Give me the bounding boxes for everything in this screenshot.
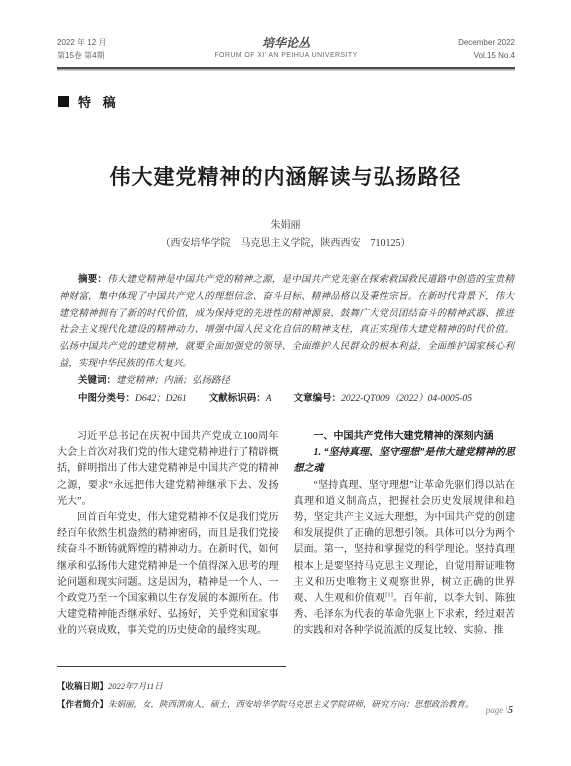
section-tag: 特 稿 [58,92,120,111]
paper-page: 2022 年 12 月 第15卷 第4期 培华论丛 FORUM OF XI' A… [0,0,571,766]
abstract-text: 伟大建党精神是中国共产党的精神之源，是中国共产党先驱在探索救国救民道路中创造的宝… [59,275,514,369]
keywords-value: 建党精神；内涵；弘扬路径 [116,376,230,386]
journal-title-block: 培华论丛 FORUM OF XI' AN PEIHUA UNIVERSITY [197,36,375,61]
page-number-value: 5 [508,705,513,716]
issue-date-cn: 2022 年 12 月 [57,36,197,49]
issue-date-en: December 2022 [375,36,515,49]
section-marker-icon [58,96,69,107]
doc-code-label: 文献标识码： [209,393,266,404]
section-tag-label: 特 稿 [78,92,120,111]
header-divider [57,67,515,69]
clc-line: 中图分类号：D642；D261文献标识码：A文章编号：2022-QT009（20… [59,391,514,408]
received-date-value: 2022年7月11日 [108,681,163,691]
author-affiliation: （西安培华学院 马克思主义学院，陕西西安 710125） [0,234,571,249]
article-title: 伟大建党精神的内涵解读与弘扬路径 [0,161,571,191]
footnotes: 【收稿日期】2022年7月11日 【作者简介】朱娟丽，女，陕西渭南人，硕士，西安… [57,678,515,713]
article-no-label: 文章编号： [294,393,342,404]
journal-name-en: FORUM OF XI' AN PEIHUA UNIVERSITY [197,50,375,61]
abstract-label: 摘要： [78,274,107,285]
doc-code-value: A [266,394,272,404]
body-paragraph: 习近平总书记在庆祝中国共产党成立100周年大会上首次对我们党的伟大建党精神进行了… [57,429,279,510]
issue-info-cn: 2022 年 12 月 第15卷 第4期 [57,36,197,62]
received-date-label: 【收稿日期】 [57,681,108,691]
left-column: 习近平总书记在庆祝中国共产党成立100周年大会上首次对我们党的伟大建党精神进行了… [57,429,279,640]
author-bio-line: 【作者简介】朱娟丽，女，陕西渭南人，硕士，西安培华学院马克思主义学院讲师，研究方… [57,696,515,714]
citation-ref: [1] [385,592,393,599]
right-column: 一、中国共产党伟大建党精神的深刻内涵 1. “坚持真理、坚守理想”是伟大建党精神… [294,429,516,640]
page-number-prefix: page \ [486,705,508,715]
received-date-line: 【收稿日期】2022年7月11日 [57,678,515,696]
clc-label: 中图分类号： [78,393,135,404]
section-heading: 一、中国共产党伟大建党精神的深刻内涵 [294,429,516,445]
author-bio-label: 【作者简介】 [57,699,108,709]
paragraph-text: “坚持真理、坚守理想”让革命先驱们得以站在真理和道义制高点，把握社会历史发展规律… [294,480,516,604]
page-number: page \5 [486,705,513,716]
issue-info-en: December 2022 Vol.15 No.4 [375,36,515,62]
issue-volume-cn: 第15卷 第4期 [57,49,197,62]
body-paragraph: 回首百年党史，伟大建党精神不仅是我们党历经百年依然生机盎然的精神密码，而且是我们… [57,510,279,640]
issue-volume-en: Vol.15 No.4 [375,49,515,62]
article-no-value: 2022-QT009（2022）04-0005-05 [341,394,472,404]
journal-header: 2022 年 12 月 第15卷 第4期 培华论丛 FORUM OF XI' A… [57,36,515,62]
author-name: 朱娟丽 [0,216,571,231]
clc-value: D642；D261 [135,394,187,404]
body-columns: 习近平总书记在庆祝中国共产党成立100周年大会上首次对我们党的伟大建党精神进行了… [57,429,515,640]
body-paragraph: “坚持真理、坚守理想”让革命先驱们得以站在真理和道义制高点，把握社会历史发展规律… [294,478,516,640]
abstract-block: 摘要：伟大建党精神是中国共产党的精神之源，是中国共产党先驱在探索救国救民道路中创… [59,272,514,407]
footnote-divider [57,666,286,667]
journal-name-cn: 培华论丛 [197,36,375,50]
abstract-paragraph: 摘要：伟大建党精神是中国共产党的精神之源，是中国共产党先驱在探索救国救民道路中创… [59,272,514,373]
subsection-heading: 1. “坚持真理、坚守理想”是伟大建党精神的思想之魂 [294,445,516,477]
keywords-label: 关键词： [78,375,116,386]
keywords-line: 关键词：建党精神；内涵；弘扬路径 [59,373,514,390]
author-bio-value: 朱娟丽，女，陕西渭南人，硕士，西安培华学院马克思主义学院讲师，研究方向：思想政治… [108,699,474,709]
